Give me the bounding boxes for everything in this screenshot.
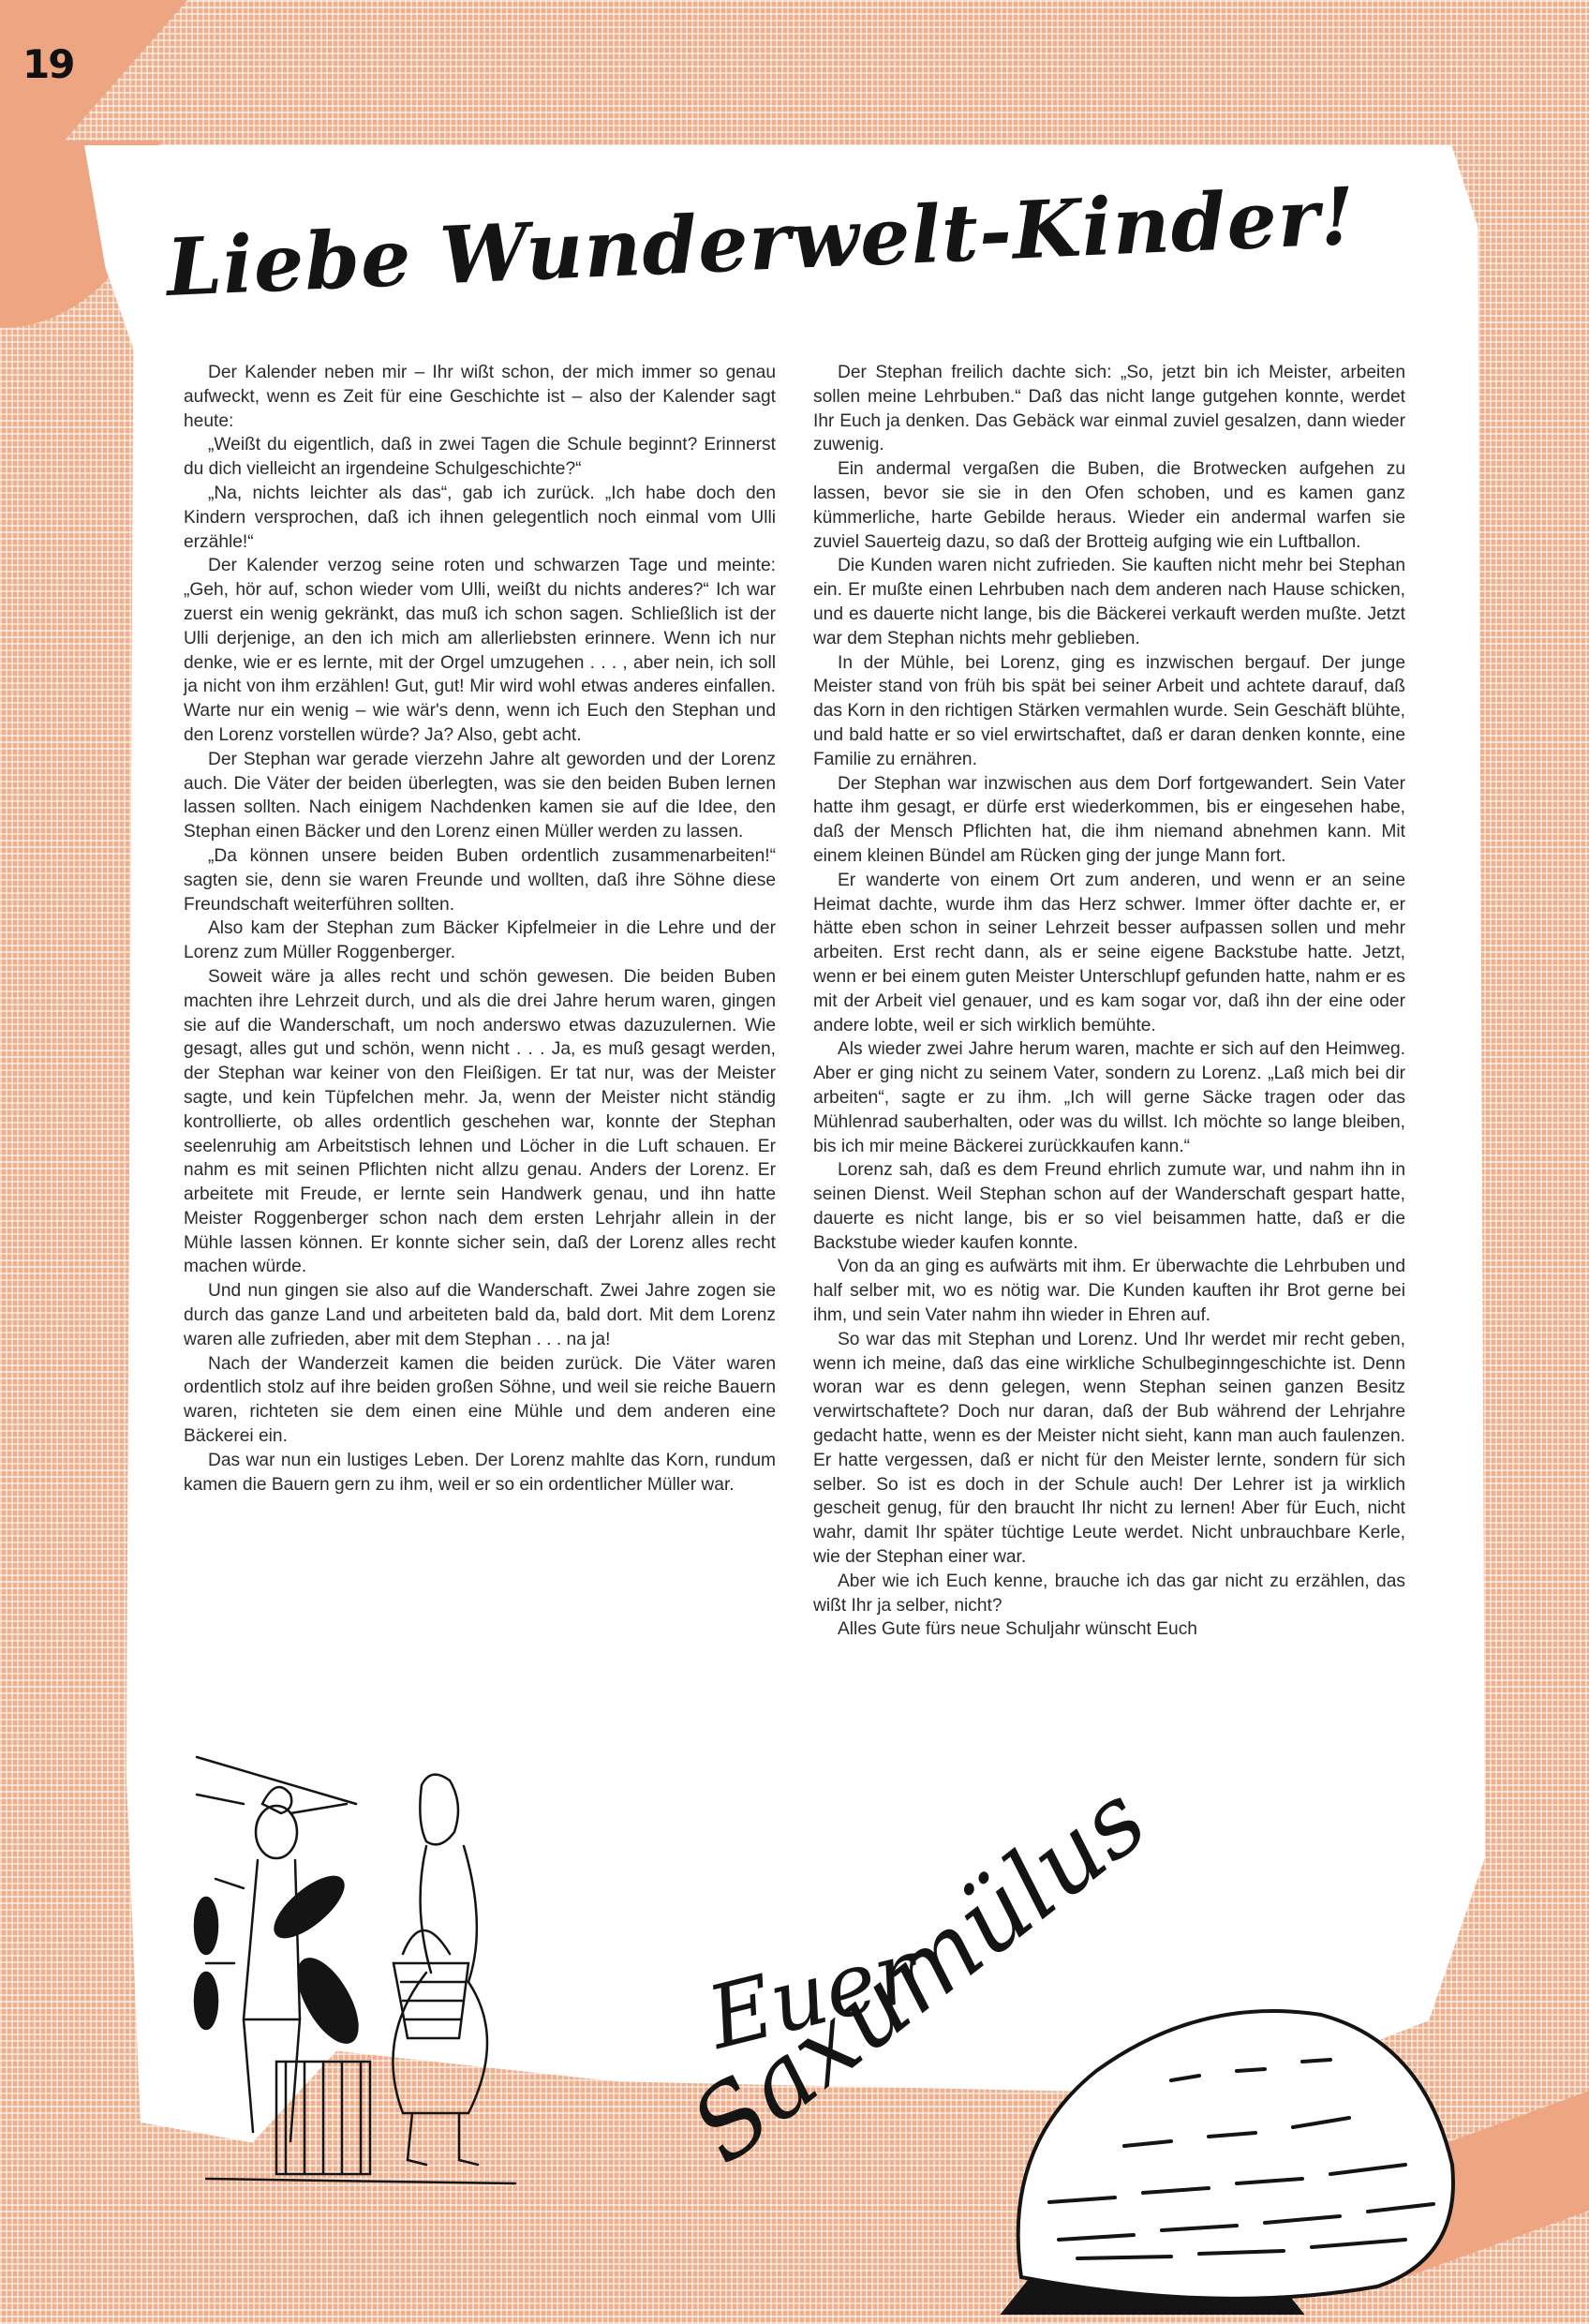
paragraph: Lorenz sah, daß es dem Freund ehrlich zu… [813, 1158, 1405, 1255]
paragraph: Der Stephan freilich dachte sich: „So, j… [813, 361, 1405, 457]
paragraph: „Na, nichts leichter als das“, gab ich z… [184, 482, 776, 554]
paragraph: Der Kalender verzog seine roten und schw… [184, 554, 776, 747]
page-number: 19 [22, 41, 73, 87]
paragraph: Also kam der Stephan zum Bäcker Kipfelme… [184, 916, 776, 965]
paragraph: Das war nun ein lustiges Leben. Der Lore… [184, 1449, 776, 1497]
paragraph: Der Stephan war gerade vierzehn Jahre al… [184, 748, 776, 844]
paragraph: Soweit wäre ja alles recht und schön gew… [184, 965, 776, 1279]
paragraph: „Weißt du eigentlich, daß in zwei Tagen … [184, 433, 776, 482]
paragraph: „Da können unsere beiden Buben ordentlic… [184, 844, 776, 916]
text-column-left: Der Kalender neben mir – Ihr wißt schon,… [184, 361, 776, 1497]
paragraph: Der Stephan war inzwischen aus dem Dorf … [813, 772, 1405, 869]
paragraph: So war das mit Stephan und Lorenz. Und I… [813, 1328, 1405, 1570]
bread-loaf-illustration [984, 1959, 1471, 2315]
text-column-right: Der Stephan freilich dachte sich: „So, j… [813, 361, 1405, 1642]
paragraph: Er wanderte von einem Ort zum anderen, u… [813, 869, 1405, 1038]
paragraph: Die Kunden waren nicht zufrieden. Sie ka… [813, 554, 1405, 650]
paragraph: Alles Gute fürs neue Schuljahr wünscht E… [813, 1617, 1405, 1642]
paragraph: Als wieder zwei Jahre herum waren, macht… [813, 1037, 1405, 1158]
paragraph: Von da an ging es aufwärts mit ihm. Er ü… [813, 1255, 1405, 1327]
paragraph: Und nun gingen sie also auf die Wandersc… [184, 1279, 776, 1351]
paragraph: Nach der Wanderzeit kamen die beiden zur… [184, 1352, 776, 1449]
paragraph: Ein andermal vergaßen die Buben, die Bro… [813, 457, 1405, 554]
paragraph: Der Kalender neben mir – Ihr wißt schon,… [184, 361, 776, 433]
paragraph: Aber wie ich Euch kenne, brauche ich das… [813, 1570, 1405, 1618]
bakery-scene-illustration [187, 1738, 562, 2207]
paragraph: In der Mühle, bei Lorenz, ging es inzwis… [813, 651, 1405, 772]
